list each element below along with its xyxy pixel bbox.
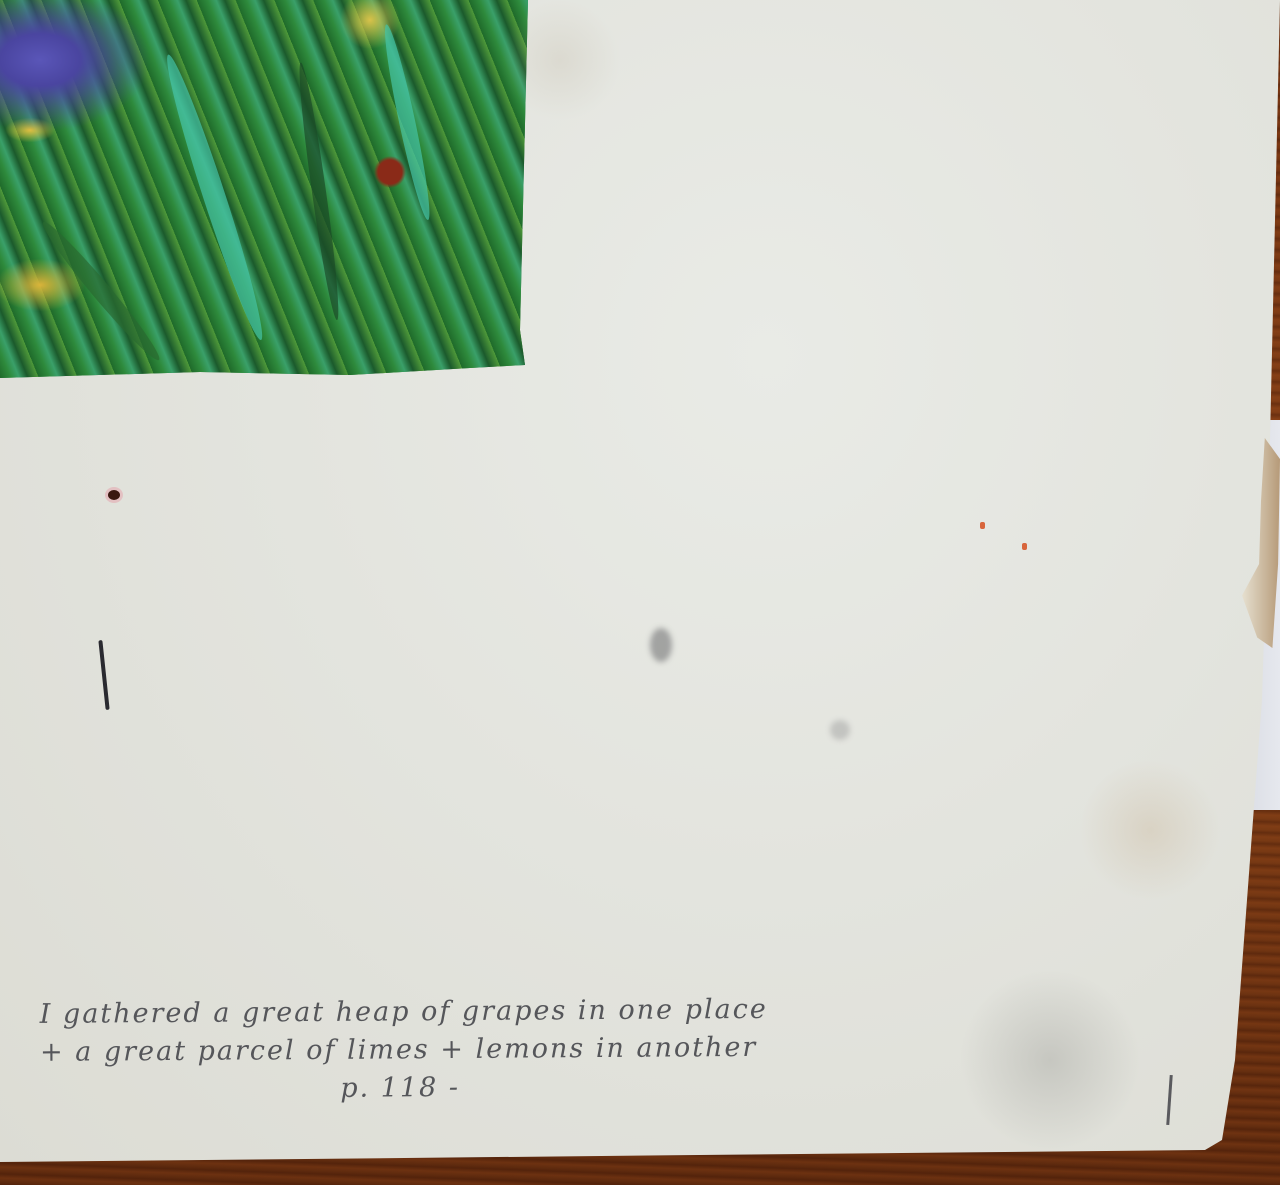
paper-sheet: I gathered a great heap of grapes in one…	[0, 0, 1280, 1185]
graphite-smudge	[830, 720, 850, 740]
inscription-line-2: + a great parcel of limes + lemons in an…	[40, 1026, 1160, 1072]
graphite-smudge	[650, 628, 672, 662]
red-paint-fleck	[980, 522, 985, 529]
botanical-painting	[0, 0, 528, 378]
pencil-mark	[1166, 1075, 1172, 1125]
inscription-line-1: I gathered a great heap of grapes in one…	[40, 988, 1160, 1034]
teal-leaf-stroke	[158, 51, 272, 343]
inscription-page-ref: p. 118 -	[40, 1064, 1160, 1110]
red-paint-fleck	[1022, 543, 1027, 550]
teal-leaf-stroke	[36, 216, 165, 365]
pin-hole	[108, 490, 120, 500]
pencil-inscription: I gathered a great heap of grapes in one…	[40, 988, 1161, 1110]
pencil-mark	[98, 640, 109, 710]
dark-leaf-stroke	[294, 62, 344, 321]
teal-leaf-stroke	[379, 23, 436, 222]
